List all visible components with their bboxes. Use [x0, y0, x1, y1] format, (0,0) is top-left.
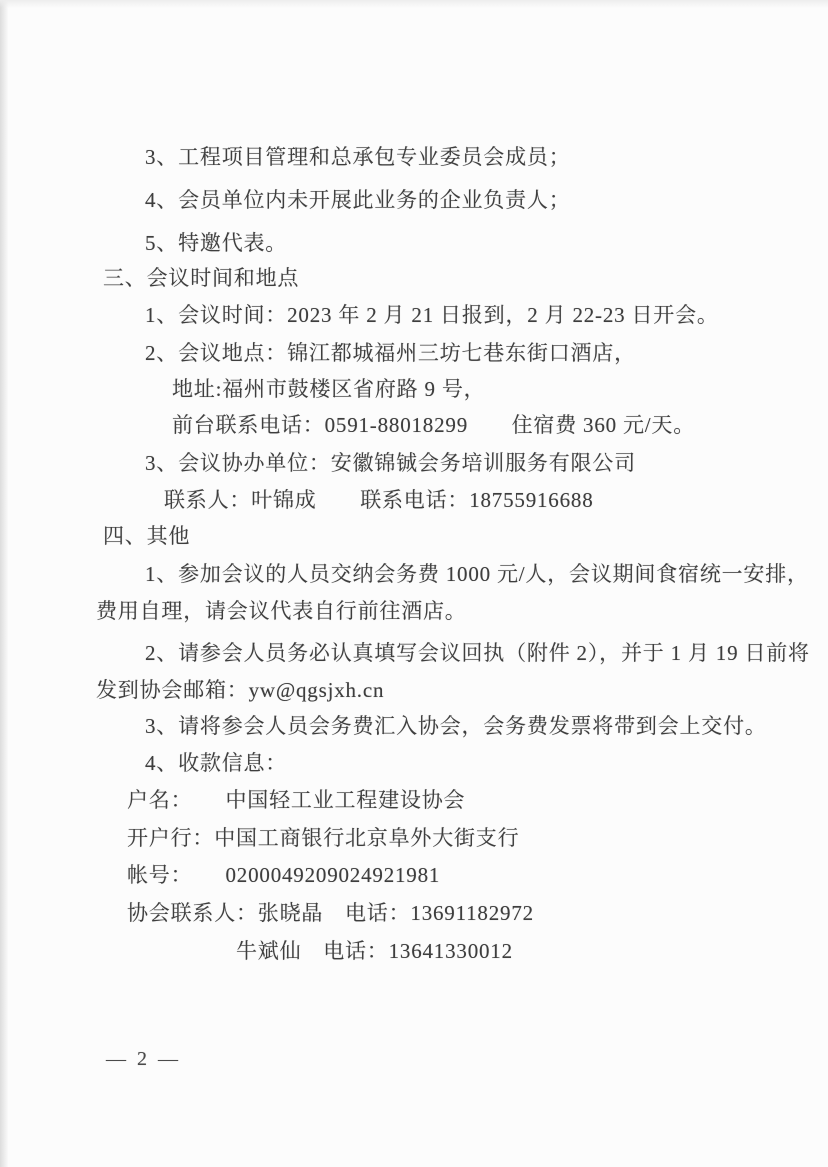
page-number: — 2 — [106, 1047, 181, 1071]
venue-address-line: 地址:福州市鼓楼区省府路 9 号， [172, 377, 485, 402]
attendee-item-5: 5、特邀代表。 [145, 231, 287, 256]
conference-fee-line-2: 费用自理，请会议代表自行前往酒店。 [96, 599, 467, 624]
account-number-line: 帐号： 0200049209024921981 [127, 863, 440, 888]
association-contact-1-line: 协会联系人：张晓晶 电话：13691182972 [127, 901, 534, 926]
meeting-time-line: 1、会议时间：2023 年 2 月 21 日报到，2 月 22-23 日开会。 [145, 303, 719, 328]
conference-fee-line-1: 1、参加会议的人员交纳会务费 1000 元/人，会议期间食宿统一安排， [145, 562, 809, 587]
association-email-line: 发到协会邮箱：yw@qgsjxh.cn [96, 678, 384, 703]
section-3-heading: 三、会议时间和地点 [103, 266, 299, 291]
attendee-item-4: 4、会员单位内未开展此业务的企业负责人； [145, 188, 571, 213]
association-contact-2-line: 牛斌仙 电话：13641330012 [236, 939, 513, 964]
meeting-venue-line: 2、会议地点：锦江都城福州三坊七巷东街口酒店， [145, 341, 636, 366]
bank-branch-line: 开户行：中国工商银行北京阜外大街支行 [127, 826, 519, 851]
payment-info-heading: 4、收款信息： [145, 751, 287, 776]
scanned-document-page: 3、工程项目管理和总承包专业委员会成员； 4、会员单位内未开展此业务的企业负责人… [0, 0, 828, 1167]
reply-form-line-1: 2、请参会人员务必认真填写会议回执（附件 2），并于 1 月 19 日前将 [145, 641, 810, 666]
section-4-heading: 四、其他 [103, 524, 190, 549]
co-organizer-line: 3、会议协办单位：安徽锦铖会务培训服务有限公司 [145, 451, 636, 476]
account-name-line: 户名： 中国轻工业工程建设协会 [127, 788, 465, 813]
payment-instruction-line: 3、请将参会人员会务费汇入协会，会务费发票将带到会上交付。 [145, 714, 767, 739]
front-desk-phone-line: 前台联系电话：0591-88018299 住宿费 360 元/天。 [172, 413, 695, 438]
co-organizer-contact-line: 联系人：叶锦成 联系电话：18755916688 [164, 488, 594, 513]
attendee-item-3: 3、工程项目管理和总承包专业委员会成员； [145, 145, 571, 170]
